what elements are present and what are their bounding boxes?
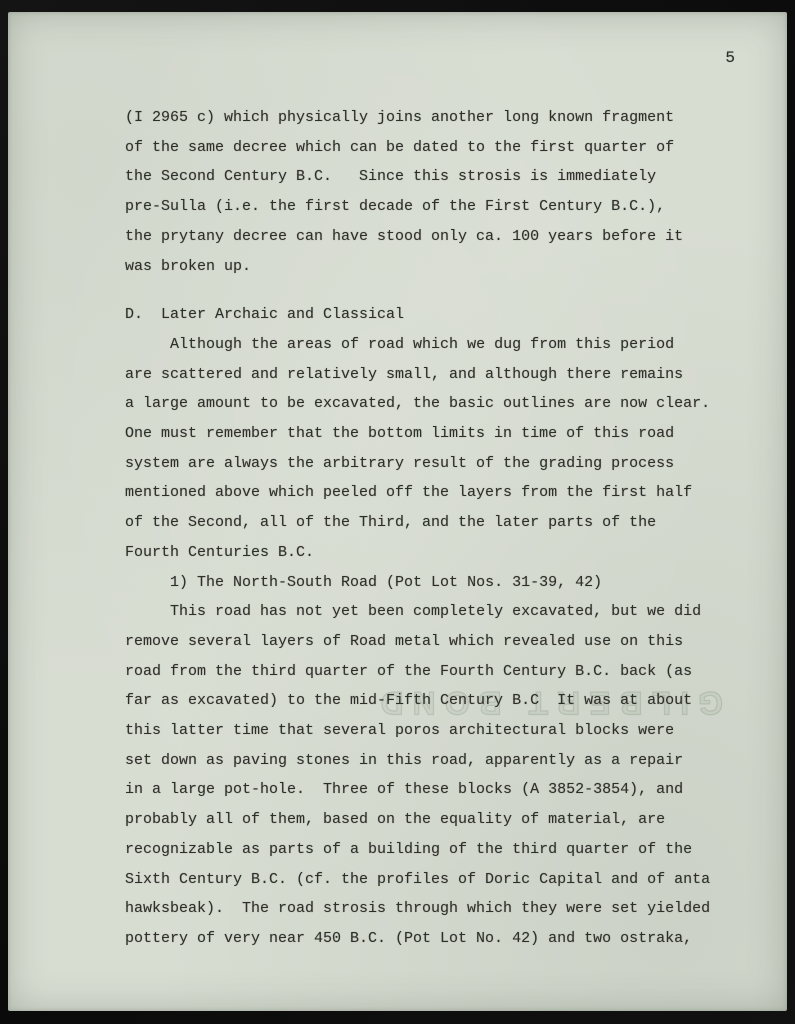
section-heading-later-archaic-classical: D. Later Archaic and Classical — [125, 300, 729, 330]
document-page: GILBERT BOND 5 (I 2965 c) which physical… — [8, 12, 787, 1011]
typewritten-text: (I 2965 c) which physically joins anothe… — [125, 103, 729, 954]
page-number: 5 — [725, 49, 735, 67]
paragraph-north-south-road-details: This road has not yet been completely ex… — [125, 597, 729, 953]
paragraph-road-overview: Although the areas of road which we dug … — [125, 330, 729, 568]
paragraph-prytany-decree: (I 2965 c) which physically joins anothe… — [125, 103, 729, 281]
subsection-heading-north-south-road: 1) The North-South Road (Pot Lot Nos. 31… — [125, 568, 729, 598]
scan-border: GILBERT BOND 5 (I 2965 c) which physical… — [0, 0, 795, 1024]
